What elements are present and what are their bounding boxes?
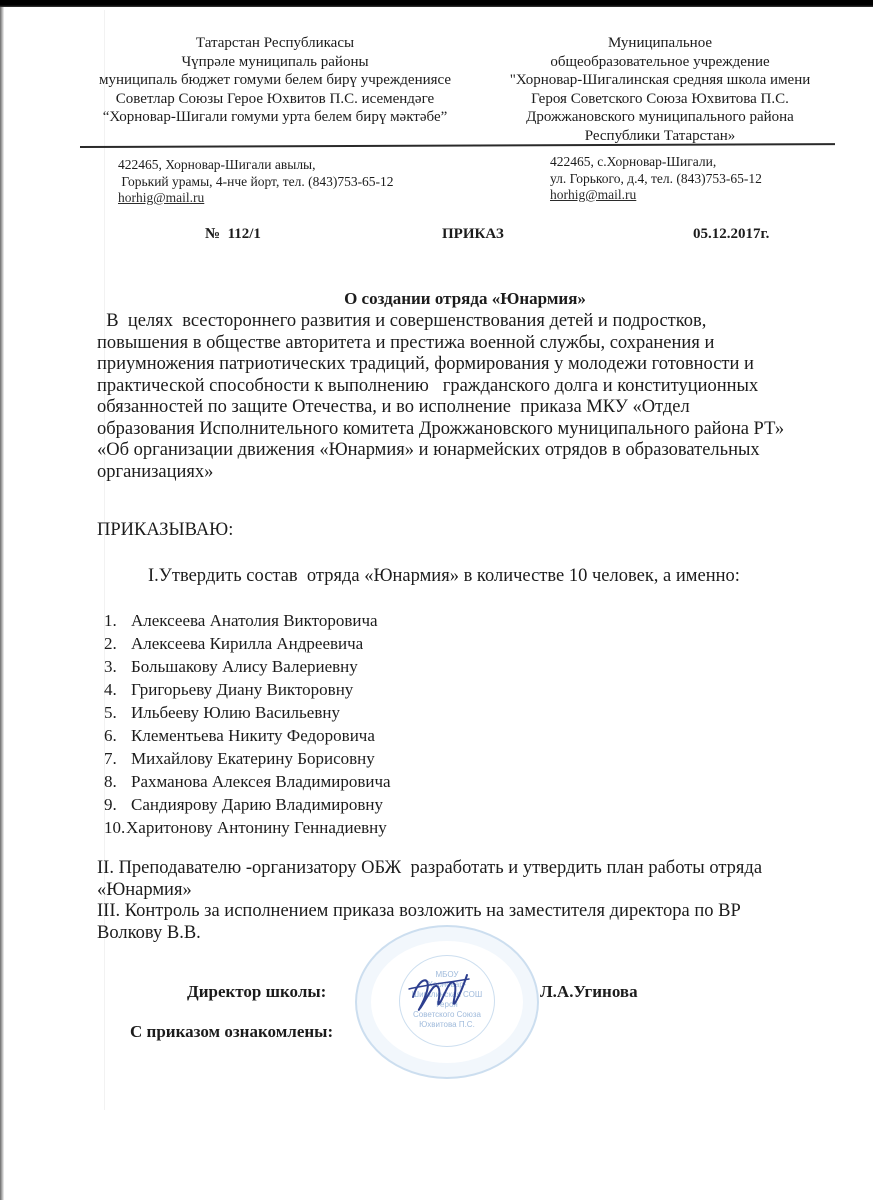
preamble-line: практической способности к выполнению гр… — [97, 376, 867, 398]
list-item: 7.Михайлову Екатерину Борисовну — [104, 747, 391, 770]
letterhead-line: "Хорновар-Шигалинская средняя школа имен… — [475, 71, 845, 90]
preamble-line: организациях» — [97, 462, 867, 484]
list-item: 5.Ильбееву Юлию Васильевну — [104, 701, 391, 724]
letterhead-divider — [80, 143, 835, 148]
address-line: ул. Горького, д.4, тел. (843)753-65-12 — [550, 171, 762, 188]
command-heading: ПРИКАЗЫВАЮ: — [97, 520, 233, 541]
director-label: Директор школы: — [187, 982, 326, 1002]
letterhead-line: Дрожжановского муниципального района — [475, 108, 845, 127]
letterhead-line: муниципаль бюджет гомуми белем бирү учре… — [60, 71, 490, 90]
letterhead-line: Чүпрәле муниципаль районы — [60, 53, 490, 72]
paper-fold-line — [104, 10, 105, 1110]
letterhead-russian: Муниципальное общеобразовательное учрежд… — [475, 34, 845, 145]
address-tatar: 422465, Хорновар-Шигали авылы, Горький у… — [118, 157, 394, 207]
scan-edge-top — [0, 0, 873, 7]
scan-edge-left — [0, 7, 4, 1200]
preamble-line: обязанностей по защите Отечества, и во и… — [97, 397, 867, 419]
school-seal-stamp: МБОУ Хорновар- Шигалинская СОШ Героя Сов… — [355, 925, 539, 1079]
letterhead-line: “Хорновар-Шигали гомуми урта белем бирү … — [60, 108, 490, 127]
order-item-2: II. Преподавателю -организатору ОБЖ разр… — [97, 858, 867, 880]
acknowledgement-label: С приказом ознакомлены: — [130, 1022, 333, 1042]
letterhead-tatar: Татарстан Республикасы Чүпрәле муниципал… — [60, 34, 490, 127]
letterhead-line: Республики Татарстан» — [475, 127, 845, 146]
email-link[interactable]: horhig@mail.ru — [550, 187, 762, 204]
letterhead-line: Татарстан Республикасы — [60, 34, 490, 53]
address-russian: 422465, с.Хорновар-Шигали, ул. Горького,… — [550, 154, 762, 204]
signature-icon — [405, 967, 475, 1022]
list-item: 2.Алексеева Кирилла Андреевича — [104, 632, 391, 655]
preamble-line: повышения в обществе авторитета и прести… — [97, 333, 867, 355]
preamble-line: В целях всестороннего развития и соверше… — [97, 311, 867, 333]
list-item: 8.Рахманова Алексея Владимировича — [104, 770, 391, 793]
letterhead-line: общеобразовательное учреждение — [475, 53, 845, 72]
member-list: 1.Алексеева Анатолия Викторовича 2.Алекс… — [104, 609, 391, 839]
email-link[interactable]: horhig@mail.ru — [118, 190, 394, 207]
order-item-2: «Юнармия» — [97, 880, 867, 902]
order-item-3: III. Контроль за исполнением приказа воз… — [97, 901, 867, 923]
list-item: 6.Клементьева Никиту Федоровича — [104, 724, 391, 747]
address-line: Горький урамы, 4-нче йорт, тел. (843)753… — [118, 174, 394, 191]
list-item: 9.Сандиярову Дарию Владимировну — [104, 793, 391, 816]
order-item-1: I.Утвердить состав отряда «Юнармия» в ко… — [148, 566, 740, 587]
preamble: В целях всестороннего развития и соверше… — [97, 311, 867, 483]
order-heading: ПРИКАЗ — [442, 226, 504, 243]
list-item: 3.Большакову Алису Валериевну — [104, 655, 391, 678]
address-line: 422465, с.Хорновар-Шигали, — [550, 154, 762, 171]
director-name: Л.А.Угинова — [540, 982, 638, 1002]
order-date: 05.12.2017г. — [693, 226, 769, 243]
document-title: О создании отряда «Юнармия» — [90, 289, 840, 309]
list-item: 1.Алексеева Анатолия Викторовича — [104, 609, 391, 632]
preamble-line: образования Исполнительного комитета Дро… — [97, 419, 867, 441]
letterhead-line: Героя Советского Союза Юхвитова П.С. — [475, 90, 845, 109]
letterhead-line: Советлар Союзы Герое Юхвитов П.С. исемен… — [60, 90, 490, 109]
order-number: № 112/1 — [205, 226, 261, 243]
address-line: 422465, Хорновар-Шигали авылы, — [118, 157, 394, 174]
list-item: 10.Харитонову Антонину Геннадиевну — [104, 816, 391, 839]
letterhead-line: Муниципальное — [475, 34, 845, 53]
preamble-line: приумножения патриотических традиций, фо… — [97, 354, 867, 376]
preamble-line: «Об организации движения «Юнармия» и юна… — [97, 440, 867, 462]
list-item: 4.Григорьеву Диану Викторовну — [104, 678, 391, 701]
